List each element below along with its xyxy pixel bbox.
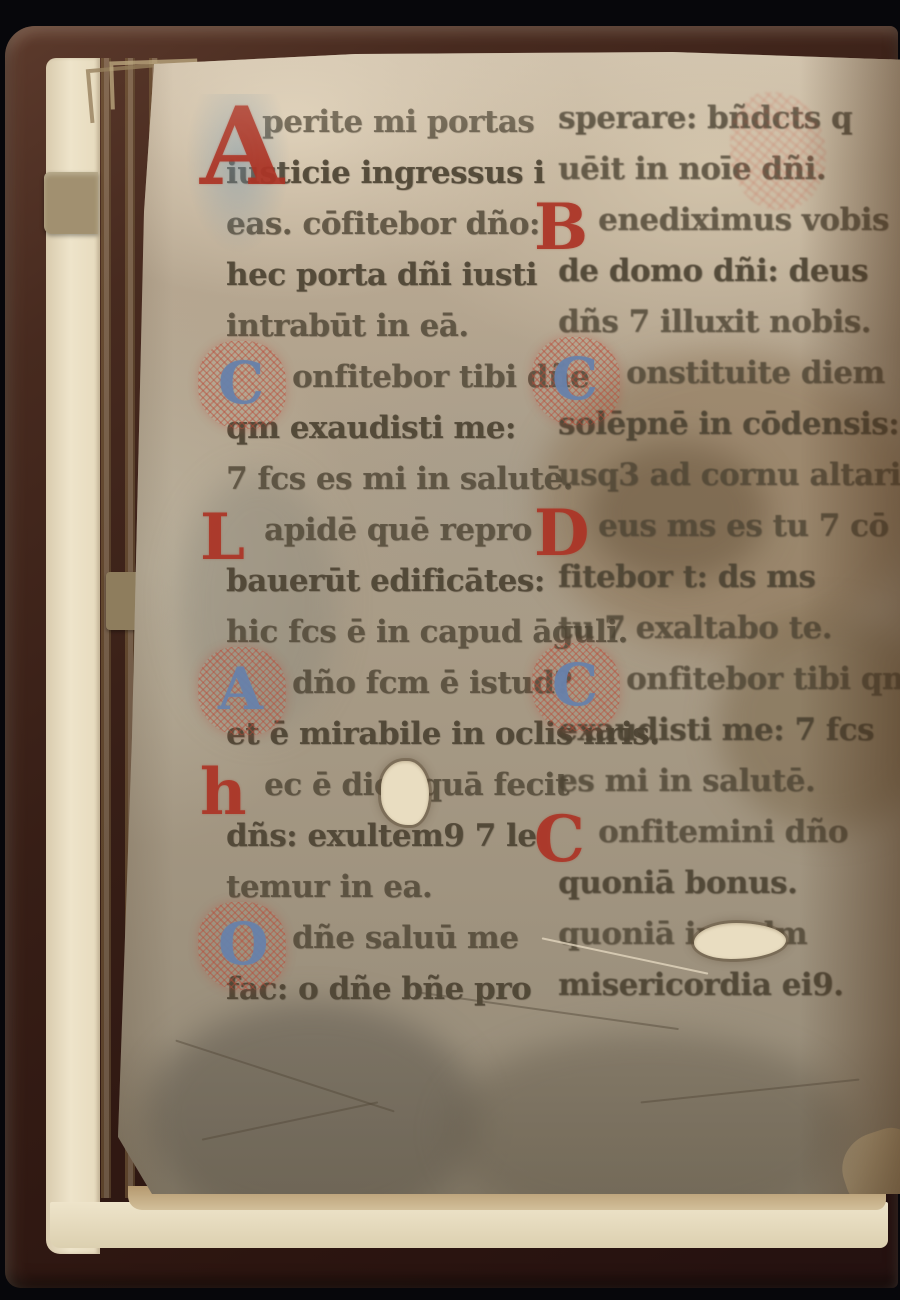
text-line: hic fcs ē in capud āguli.: [226, 608, 548, 659]
drop-cap-initial: L: [200, 506, 264, 556]
text-line: quoniā bonus.: [558, 859, 892, 910]
text-line: tu 7 exaltabo te.: [558, 604, 892, 655]
text-line: sperare: bñdcts q: [558, 94, 892, 145]
text-line: bauerūt edificātes:: [226, 557, 548, 608]
text-line: fitebor t: ds ms: [558, 553, 892, 604]
verse-block: C onstituite diem solēpnē in cōdensis: u…: [558, 349, 892, 502]
text-line: onfitemini dño: [558, 808, 892, 859]
verse-block: C onfitebor tibi dñe qm exaudisti me: 7 …: [226, 353, 548, 506]
parchment-tab-upper: [44, 172, 98, 234]
text-line: enediximus vobis: [558, 196, 892, 247]
text-line: 7 fcs es mi in salutē.: [226, 455, 548, 506]
text-column-left: A perite mi portas iusticie ingressus i …: [226, 98, 548, 1016]
text-line: usq3 ad cornu altaris.: [558, 451, 892, 502]
text-line: intrabūt in eā.: [226, 302, 548, 353]
verse-block: sperare: bñdcts q uēit in noīe dñi.: [558, 94, 892, 196]
verse-block: C onfitemini dño quoniā bonus. quoniā in…: [558, 808, 892, 1012]
text-line: misericordia ei9.: [558, 961, 892, 1012]
verse-block: A dño fcm ē istud? et ē mirabile in ocli…: [226, 659, 548, 761]
drop-cap-initial: C: [534, 655, 626, 705]
text-line: dñs 7 illuxit nobis.: [558, 298, 892, 349]
drop-cap-initial: B: [534, 196, 598, 246]
verse-block: L apidē quē repro bauerūt edificātes: hi…: [226, 506, 548, 659]
text-line: hec porta dñi iusti: [226, 251, 548, 302]
flyleaf-pages-left-edge: [46, 58, 100, 1254]
text-line: eus ms es tu 7 cō: [558, 502, 892, 553]
parchment-hole: [381, 761, 429, 825]
verse-block: B enediximus vobis de domo dñi: deus dñs…: [558, 196, 892, 349]
drop-cap-initial: C: [534, 808, 598, 858]
drop-cap-initial: C: [200, 353, 292, 403]
manuscript-photo: A perite mi portas iusticie ingressus i …: [0, 0, 900, 1300]
text-line: uēit in noīe dñi.: [558, 145, 892, 196]
verse-block: C onfitebor tibi qm exaudisti me: 7 fcs …: [558, 655, 892, 808]
text-line: apidē quē repro: [226, 506, 548, 557]
drop-cap-initial: O: [200, 914, 292, 964]
drop-cap-initial: D: [534, 502, 598, 552]
text-line: dñs: exultem9 7 le: [226, 812, 548, 863]
drop-cap-initial: A: [200, 659, 292, 709]
verse-block: D eus ms es tu 7 cō fitebor t: ds ms tu …: [558, 502, 892, 655]
text-line: temur in ea.: [226, 863, 548, 914]
verse-block: O dñe saluū me fac: o dñe bñe pro: [226, 914, 548, 1016]
verse-block: A perite mi portas iusticie ingressus i …: [226, 98, 548, 353]
text-line: es mi in salutē.: [558, 757, 892, 808]
text-column-right: sperare: bñdcts q uēit in noīe dñi. B en…: [558, 94, 892, 1012]
parchment-page: A perite mi portas iusticie ingressus i …: [118, 52, 900, 1194]
drop-cap-initial: h: [200, 761, 264, 811]
text-line: de domo dñi: deus: [558, 247, 892, 298]
drop-cap-initial: A: [200, 98, 262, 148]
drop-cap-initial: C: [534, 349, 626, 399]
